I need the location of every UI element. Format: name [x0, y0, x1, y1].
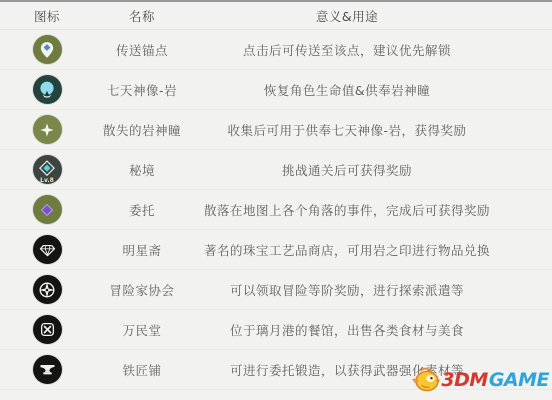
table-row: 委托 散落在地图上各个角落的事件，完成后可获得奖励	[0, 190, 552, 230]
row-name: 散失的岩神瞳	[94, 121, 190, 139]
row-name: 委托	[94, 201, 190, 219]
table-header-row: 图标 名称 意义&用途	[0, 2, 552, 30]
domain-icon: Lv.8	[33, 155, 62, 184]
row-name: 冒险家协会	[94, 281, 190, 299]
adventurers-guild-icon	[33, 275, 62, 304]
table-row: 万民堂 位于璃月港的餐馆，出售各类食材与美食	[0, 310, 552, 350]
row-desc: 挑战通关后可获得奖励	[190, 161, 552, 179]
row-name: 传送锚点	[94, 41, 190, 59]
row-desc: 位于璃月港的餐馆，出售各类食材与美食	[190, 321, 552, 339]
blacksmith-icon	[33, 355, 62, 384]
statue-of-seven-geo-icon	[33, 75, 62, 104]
row-desc: 收集后可用于供奉七天神像-岩，获得奖励	[190, 121, 552, 139]
table-row: 传送锚点 点击后可传送至该点，建议优先解锁	[0, 30, 552, 70]
jewelry-shop-icon	[33, 235, 62, 264]
row-desc: 著名的珠宝工艺品商店，可用岩之印进行物品兑换	[190, 241, 552, 259]
table-row: 七天神像-岩 恢复角色生命值&供奉岩神瞳	[0, 70, 552, 110]
restaurant-icon	[33, 315, 62, 344]
row-name: 秘境	[94, 161, 190, 179]
row-desc: 可以领取冒险等阶奖励，进行探索派遣等	[190, 281, 552, 299]
watermark-brand-game: GAME	[489, 371, 549, 390]
table-row: 散失的岩神瞳 收集后可用于供奉七天神像-岩，获得奖励	[0, 110, 552, 150]
chick-mascot-icon	[411, 365, 442, 396]
domain-level-label: Lv.8	[33, 177, 62, 184]
lost-geoculus-icon	[33, 115, 62, 144]
table-row: 明星斋 著名的珠宝工艺品商店，可用岩之印进行物品兑换	[0, 230, 552, 270]
row-desc: 恢复角色生命值&供奉岩神瞳	[190, 81, 552, 99]
map-legend-table: 图标 名称 意义&用途 传送锚点 点击后可传送至该点，建议优先解锁	[0, 0, 552, 390]
header-icon-column: 图标	[0, 7, 94, 25]
commission-icon	[33, 195, 62, 224]
teleport-waypoint-icon	[33, 35, 62, 64]
table-row: Lv.8 秘境 挑战通关后可获得奖励	[0, 150, 552, 190]
site-watermark: 3DM GAME	[411, 365, 549, 396]
header-desc-column: 意义&用途	[190, 7, 552, 25]
row-name: 万民堂	[94, 321, 190, 339]
header-name-column: 名称	[94, 7, 190, 25]
row-name: 明星斋	[94, 241, 190, 259]
row-name: 铁匠铺	[94, 361, 190, 379]
row-desc: 散落在地图上各个角落的事件，完成后可获得奖励	[190, 201, 552, 219]
row-desc: 点击后可传送至该点，建议优先解锁	[190, 41, 552, 59]
watermark-brand-3dm: 3DM	[441, 371, 487, 390]
row-name: 七天神像-岩	[94, 81, 190, 99]
table-row: 冒险家协会 可以领取冒险等阶奖励，进行探索派遣等	[0, 270, 552, 310]
